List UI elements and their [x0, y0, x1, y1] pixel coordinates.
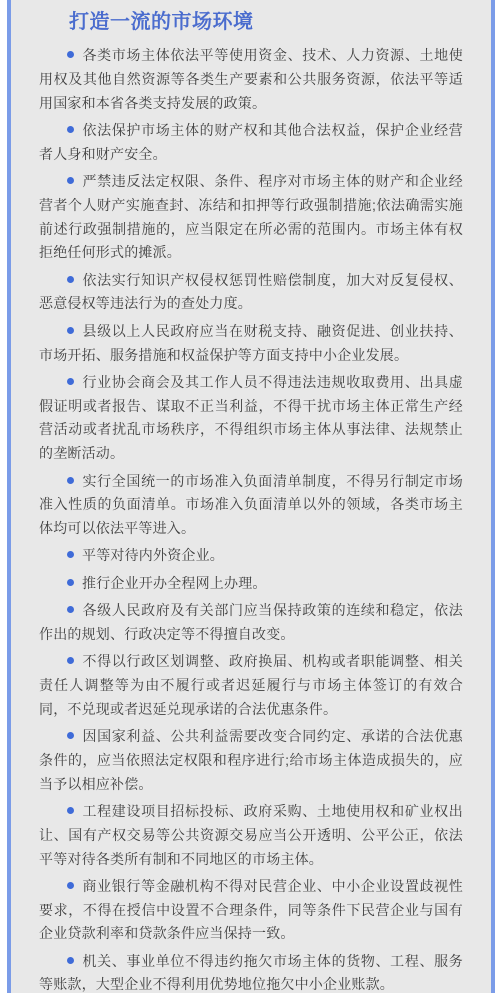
list-item: 县级以上人民政府应当在财税支持、融资促进、创业扶持、市场开拓、服务措施和权益保护…: [39, 320, 463, 368]
list-item: 依法实行知识产权侵权惩罚性赔偿制度，加大对反复侵权、恶意侵权等违法行为的查处力度…: [39, 269, 463, 317]
bullet-icon: [67, 579, 74, 586]
bullet-icon: [67, 327, 74, 334]
bullet-icon: [67, 276, 74, 283]
list-item: 各类市场主体依法平等使用资金、技术、人力资源、土地使用权及其他自然资源等各类生产…: [39, 44, 463, 115]
bullet-icon: [67, 126, 74, 133]
list-item-text: 严禁违反法定权限、条件、程序对市场主体的财产和企业经营者个人财产实施查封、冻结和…: [39, 173, 463, 260]
list-item: 工程建设项目招标投标、政府采购、土地使用权和矿业权出让、国有产权交易等公共资源交…: [39, 800, 463, 871]
list-item-text: 商业银行等金融机构不得对民营企业、中小企业设置歧视性要求，不得在授信中设置不合理…: [39, 878, 463, 942]
list-item-text: 平等对待内外资企业。: [82, 547, 224, 563]
bullet-icon: [67, 732, 74, 739]
list-item-text: 依法保护市场主体的财产权和其他合法权益，保护企业经营者人身和财产安全。: [39, 122, 463, 162]
list-item-text: 各类市场主体依法平等使用资金、技术、人力资源、土地使用权及其他自然资源等各类生产…: [39, 47, 463, 111]
list-item: 平等对待内外资企业。: [39, 544, 463, 568]
section-title: 打造一流的市场环境: [69, 8, 463, 36]
list-item-text: 不得以行政区划调整、政府换届、机构或者职能调整、相关责任人调整等为由不履行或者迟…: [39, 653, 463, 717]
list-item: 商业银行等金融机构不得对民营企业、中小企业设置歧视性要求，不得在授信中设置不合理…: [39, 875, 463, 946]
bullet-icon: [67, 657, 74, 664]
bullet-icon: [67, 51, 74, 58]
list-item: 因国家利益、公共利益需要改变合同约定、承诺的合法优惠条件的，应当依照法定权限和程…: [39, 725, 463, 796]
list-item-text: 推行企业开办全程网上办理。: [82, 575, 267, 591]
list-item: 行业协会商会及其工作人员不得违法违规收取费用、出具虚假证明或者报告、谋取不正当利…: [39, 371, 463, 466]
list-item: 实行全国统一的市场准入负面清单制度，不得另行制定市场准入性质的负面清单。市场准入…: [39, 470, 463, 541]
bullet-icon: [67, 551, 74, 558]
bullet-icon: [67, 606, 74, 613]
list-item-text: 各级人民政府及有关部门应当保持政策的连续和稳定，依法作出的规划、行政决定等不得擅…: [39, 602, 463, 642]
list-item: 各级人民政府及有关部门应当保持政策的连续和稳定，依法作出的规划、行政决定等不得擅…: [39, 599, 463, 647]
bullet-icon: [67, 177, 74, 184]
bullet-icon: [67, 882, 74, 889]
list-item-text: 机关、事业单位不得违约拖欠市场主体的货物、工程、服务等账款，大型企业不得利用优势…: [39, 953, 463, 993]
list-item-text: 工程建设项目招标投标、政府采购、土地使用权和矿业权出让、国有产权交易等公共资源交…: [39, 803, 463, 867]
list-item: 机关、事业单位不得违约拖欠市场主体的货物、工程、服务等账款，大型企业不得利用优势…: [39, 950, 463, 993]
list-item-text: 县级以上人民政府应当在财税支持、融资促进、创业扶持、市场开拓、服务措施和权益保护…: [39, 323, 463, 363]
bullet-icon: [67, 378, 74, 385]
list-item-text: 因国家利益、公共利益需要改变合同约定、承诺的合法优惠条件的，应当依照法定权限和程…: [39, 728, 463, 792]
list-item: 推行企业开办全程网上办理。: [39, 572, 463, 596]
list-item: 不得以行政区划调整、政府换届、机构或者职能调整、相关责任人调整等为由不履行或者迟…: [39, 650, 463, 721]
content-panel: 打造一流的市场环境 各类市场主体依法平等使用资金、技术、人力资源、土地使用权及其…: [7, 0, 495, 993]
list-item: 严禁违反法定权限、条件、程序对市场主体的财产和企业经营者个人财产实施查封、冻结和…: [39, 170, 463, 265]
bullet-icon: [67, 477, 74, 484]
list-item-text: 行业协会商会及其工作人员不得违法违规收取费用、出具虚假证明或者报告、谋取不正当利…: [39, 374, 463, 461]
bullet-icon: [67, 957, 74, 964]
list-item-text: 依法实行知识产权侵权惩罚性赔偿制度，加大对反复侵权、恶意侵权等违法行为的查处力度…: [39, 272, 463, 312]
bullet-icon: [67, 807, 74, 814]
list-item: 依法保护市场主体的财产权和其他合法权益，保护企业经营者人身和财产安全。: [39, 119, 463, 167]
list-item-text: 实行全国统一的市场准入负面清单制度，不得另行制定市场准入性质的负面清单。市场准入…: [39, 473, 463, 537]
